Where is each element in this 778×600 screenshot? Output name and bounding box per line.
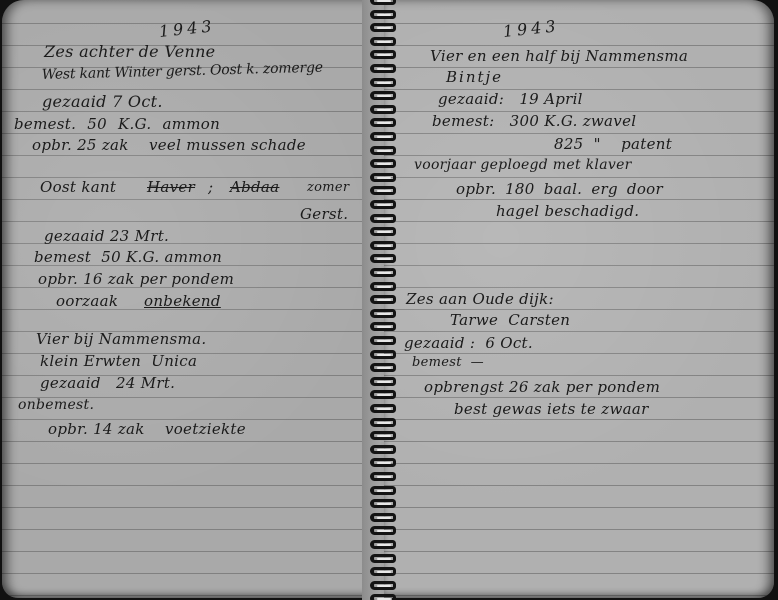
- handwritten-line: bemest: 300 K.G. zwavel: [432, 112, 636, 130]
- spiral-coil: [370, 322, 396, 331]
- handwritten-line: gezaaid 23 Mrt.: [44, 227, 169, 245]
- handwritten-line: opbr. 25 zak veel mussen schade: [32, 136, 306, 154]
- spiral-coil: [370, 309, 396, 318]
- handwritten-line: opbr. 14 zak voetziekte: [48, 420, 246, 438]
- handwritten-line: gezaaid 7 Oct.: [42, 92, 163, 111]
- handwritten-line: bemest —: [412, 355, 484, 370]
- spiral-coil: [370, 132, 396, 141]
- struck-word: Abdaa: [230, 178, 279, 196]
- handwritten-line: Oost kant: [40, 178, 116, 196]
- spiral-coil: [370, 526, 396, 535]
- spiral-coil: [370, 241, 396, 250]
- spiral-coil: [370, 227, 396, 236]
- handwritten-line: zomer: [307, 180, 349, 195]
- spiral-coil: [370, 118, 396, 127]
- spiral-coil: [370, 64, 396, 73]
- right-year: 1943: [502, 16, 560, 41]
- spiral-coil: [370, 200, 396, 209]
- spiral-coil: [370, 214, 396, 223]
- underlined-word: onbekend: [144, 292, 221, 310]
- spiral-coil: [370, 254, 396, 263]
- spiral-coil: [370, 486, 396, 495]
- handwritten-line: best gewas iets te zwaar: [454, 400, 649, 418]
- handwritten-line: Vier en een half bij Nammensma: [430, 47, 688, 65]
- spiral-coil: [370, 377, 396, 386]
- spiral-coil: [370, 50, 396, 59]
- spiral-coil: [370, 418, 396, 427]
- spiral-coil: [370, 350, 396, 359]
- spiral-binding: [370, 0, 398, 600]
- spiral-coil: [370, 146, 396, 155]
- spiral-coil: [370, 594, 396, 600]
- handwritten-line: Vier bij Nammensma.: [36, 330, 206, 348]
- spiral-coil: [370, 282, 396, 291]
- handwritten-line: Tarwe Carsten: [450, 311, 570, 329]
- spiral-coil: [370, 458, 396, 467]
- handwritten-line: Bintje: [446, 68, 503, 86]
- handwritten-line: opbr. 16 zak per pondem: [38, 270, 234, 288]
- handwritten-line: ;: [208, 178, 213, 196]
- handwritten-line: bemest. 50 K.G. ammon: [14, 115, 220, 133]
- spiral-coil: [370, 499, 396, 508]
- spiral-coil: [370, 336, 396, 345]
- handwritten-line: gezaaid: 19 April: [438, 90, 583, 108]
- spiral-coil: [370, 23, 396, 32]
- left-page: 1943 Zes achter de Venne West kant Winte…: [2, 0, 370, 598]
- handwritten-line: oorzaak: [56, 292, 118, 310]
- handwritten-line: West kant Winter gerst. Oost k. zomerge: [42, 60, 323, 83]
- handwritten-line: opbr. 180 baal. erg door: [456, 180, 663, 198]
- spiral-coil: [370, 431, 396, 440]
- handwritten-line: gezaaid 24 Mrt.: [40, 374, 175, 392]
- spiral-coil: [370, 78, 396, 87]
- spiral-coil: [370, 186, 396, 195]
- spiral-coil: [370, 363, 396, 372]
- spiral-coil: [370, 404, 396, 413]
- handwritten-line: gezaaid : 6 Oct.: [404, 334, 533, 352]
- handwritten-line: hagel beschadigd.: [496, 202, 639, 220]
- right-page: 1943 Vier en een half bij Nammensma Bint…: [384, 0, 774, 598]
- spiral-coil: [370, 445, 396, 454]
- spiral-coil: [370, 0, 396, 5]
- spiral-coil: [370, 37, 396, 46]
- spiral-coil: [370, 91, 396, 100]
- spiral-coil: [370, 295, 396, 304]
- notebook-spread: 1943 Zes achter de Venne West kant Winte…: [0, 0, 778, 600]
- handwritten-line: 825 " patent: [554, 135, 672, 153]
- spiral-coil: [370, 554, 396, 563]
- handwritten-line: klein Erwten Unica: [40, 352, 197, 370]
- spiral-coil: [370, 390, 396, 399]
- spiral-coil: [370, 173, 396, 182]
- spiral-coil: [370, 581, 396, 590]
- handwritten-line: opbrengst 26 zak per pondem: [424, 378, 660, 396]
- handwritten-line: Gerst.: [300, 205, 348, 223]
- handwritten-line: voorjaar geploegd met klaver: [414, 157, 632, 173]
- spiral-coil: [370, 540, 396, 549]
- spiral-coil: [370, 567, 396, 576]
- handwritten-line: onbemest.: [18, 397, 94, 413]
- spiral-coil: [370, 268, 396, 277]
- spiral-coil: [370, 105, 396, 114]
- handwritten-line: bemest 50 K.G. ammon: [34, 248, 222, 266]
- spiral-coil: [370, 10, 396, 19]
- spiral-coil: [370, 159, 396, 168]
- handwritten-line: Zes aan Oude dijk:: [406, 290, 554, 308]
- handwritten-line: Zes achter de Venne: [44, 42, 215, 61]
- spiral-coil: [370, 472, 396, 481]
- left-year: 1943: [158, 16, 216, 41]
- struck-word: Haver: [147, 178, 195, 196]
- spiral-coil: [370, 513, 396, 522]
